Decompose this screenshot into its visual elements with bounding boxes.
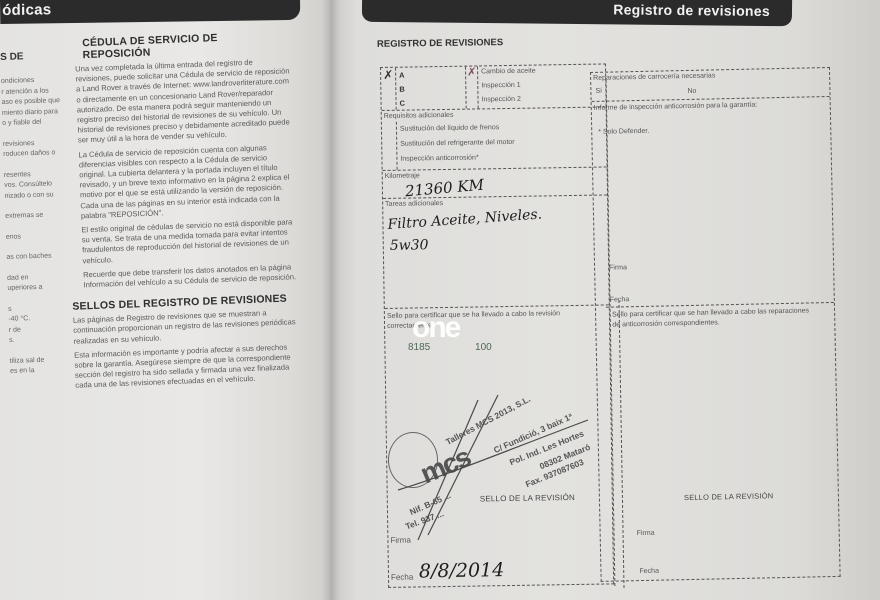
bodywork-label: Reparaciones de carrocería necesarias — [593, 72, 715, 82]
edge-lines: ondicionesr atención a losaso es posible… — [1, 75, 70, 377]
service-type-a[interactable]: A — [399, 71, 405, 80]
check-mark-a-icon[interactable]: ✗ — [383, 68, 393, 82]
anticorrosion-report-label: Informe de inspección anticorrosión para… — [594, 100, 794, 113]
divider — [396, 122, 398, 170]
edge-heading: S DE — [0, 50, 60, 63]
paragraph: Esta información es importante y podría … — [74, 342, 301, 391]
left-header-band: ódicas — [0, 0, 300, 24]
anticorrosion-form: Reparaciones de carrocería necesarias Sí… — [590, 67, 841, 582]
left-band-title: ódicas — [2, 1, 52, 19]
book-gutter — [322, 0, 340, 600]
date-value[interactable]: 8/8/2014 — [419, 559, 505, 582]
task-oil-change[interactable]: Cambio de aceite — [481, 68, 536, 76]
watermark-numbers: 8185 100 — [408, 342, 534, 353]
divider — [383, 166, 607, 171]
divider — [477, 66, 479, 108]
requirement-anticorrosion[interactable]: Inspección anticorrosión* — [400, 154, 478, 162]
paragraph: Las páginas de Registro de revisiones qu… — [73, 307, 300, 346]
anticorrosion-signature-label-2: Firma — [637, 530, 655, 537]
service-type-c[interactable]: C — [400, 99, 406, 108]
edge-line: roducen daños o — [3, 148, 63, 160]
requirement-coolant[interactable]: Sustitución del refrigerante del motor — [400, 139, 515, 148]
paragraph: La Cédula de servicio de reposición cuen… — [78, 142, 295, 222]
divider — [382, 106, 606, 111]
signature-scribble-icon — [388, 380, 608, 540]
divider — [395, 68, 397, 110]
right-band-title: Registro de revisiones — [613, 1, 770, 19]
requirement-brake-fluid[interactable]: Sustitución del líquido de frenos — [400, 124, 499, 133]
check-mark-oil-icon[interactable]: ✗ — [467, 65, 476, 78]
extra-tasks-line-1[interactable]: Filtro Aceite, Niveles. — [387, 206, 542, 232]
anticorrosion-date-label-2: Fecha — [639, 568, 659, 575]
paragraph: Una vez completada la última entrada del… — [75, 56, 292, 146]
service-type-b[interactable]: B — [399, 85, 405, 94]
edge-line: es en la — [10, 365, 70, 377]
extra-tasks-line-2[interactable]: 5w30 — [390, 237, 429, 254]
anticorrosion-certify-text: Sello para certificar que se han llevado… — [612, 306, 812, 330]
bodywork-no[interactable]: No — [687, 88, 696, 95]
paragraph: El estilo original de cédulas de servici… — [81, 217, 296, 266]
anticorrosion-signature-label: Firma — [609, 264, 627, 271]
additional-requirements-label: Requisitos adicionales — [384, 112, 454, 120]
task-inspection-1[interactable]: Inspección 1 — [481, 82, 520, 90]
paragraph: Recuerde que debe transferir los datos a… — [83, 262, 298, 291]
workshop-stamp: mcs Talleres MCS 2013, S.L. C/ Fundició,… — [388, 380, 608, 530]
bodywork-yes[interactable]: Sí — [595, 88, 602, 95]
left-main-column: CÉDULA DE SERVICIO DE REPOSICIÓN Una vez… — [62, 29, 302, 395]
form-title: REGISTRO DE REVISIONES — [377, 37, 503, 50]
mileage-label: Kilometraje — [385, 172, 420, 180]
right-header-band: Registro de revisiones — [362, 0, 792, 26]
task-inspection-2[interactable]: Inspección 2 — [481, 96, 520, 104]
watermark-number: 100 — [475, 342, 492, 353]
anticorrosion-stamp-caption: SELLO DE LA REVISIÓN — [684, 491, 774, 502]
extra-tasks-label: Tareas adicionales — [385, 200, 443, 208]
watermark-number: 8185 — [408, 342, 430, 353]
left-edge-column: S DE ondicionesr atención a losaso es po… — [0, 50, 70, 377]
watermark-logo: one — [412, 311, 459, 345]
date-label: Fecha — [391, 573, 413, 582]
